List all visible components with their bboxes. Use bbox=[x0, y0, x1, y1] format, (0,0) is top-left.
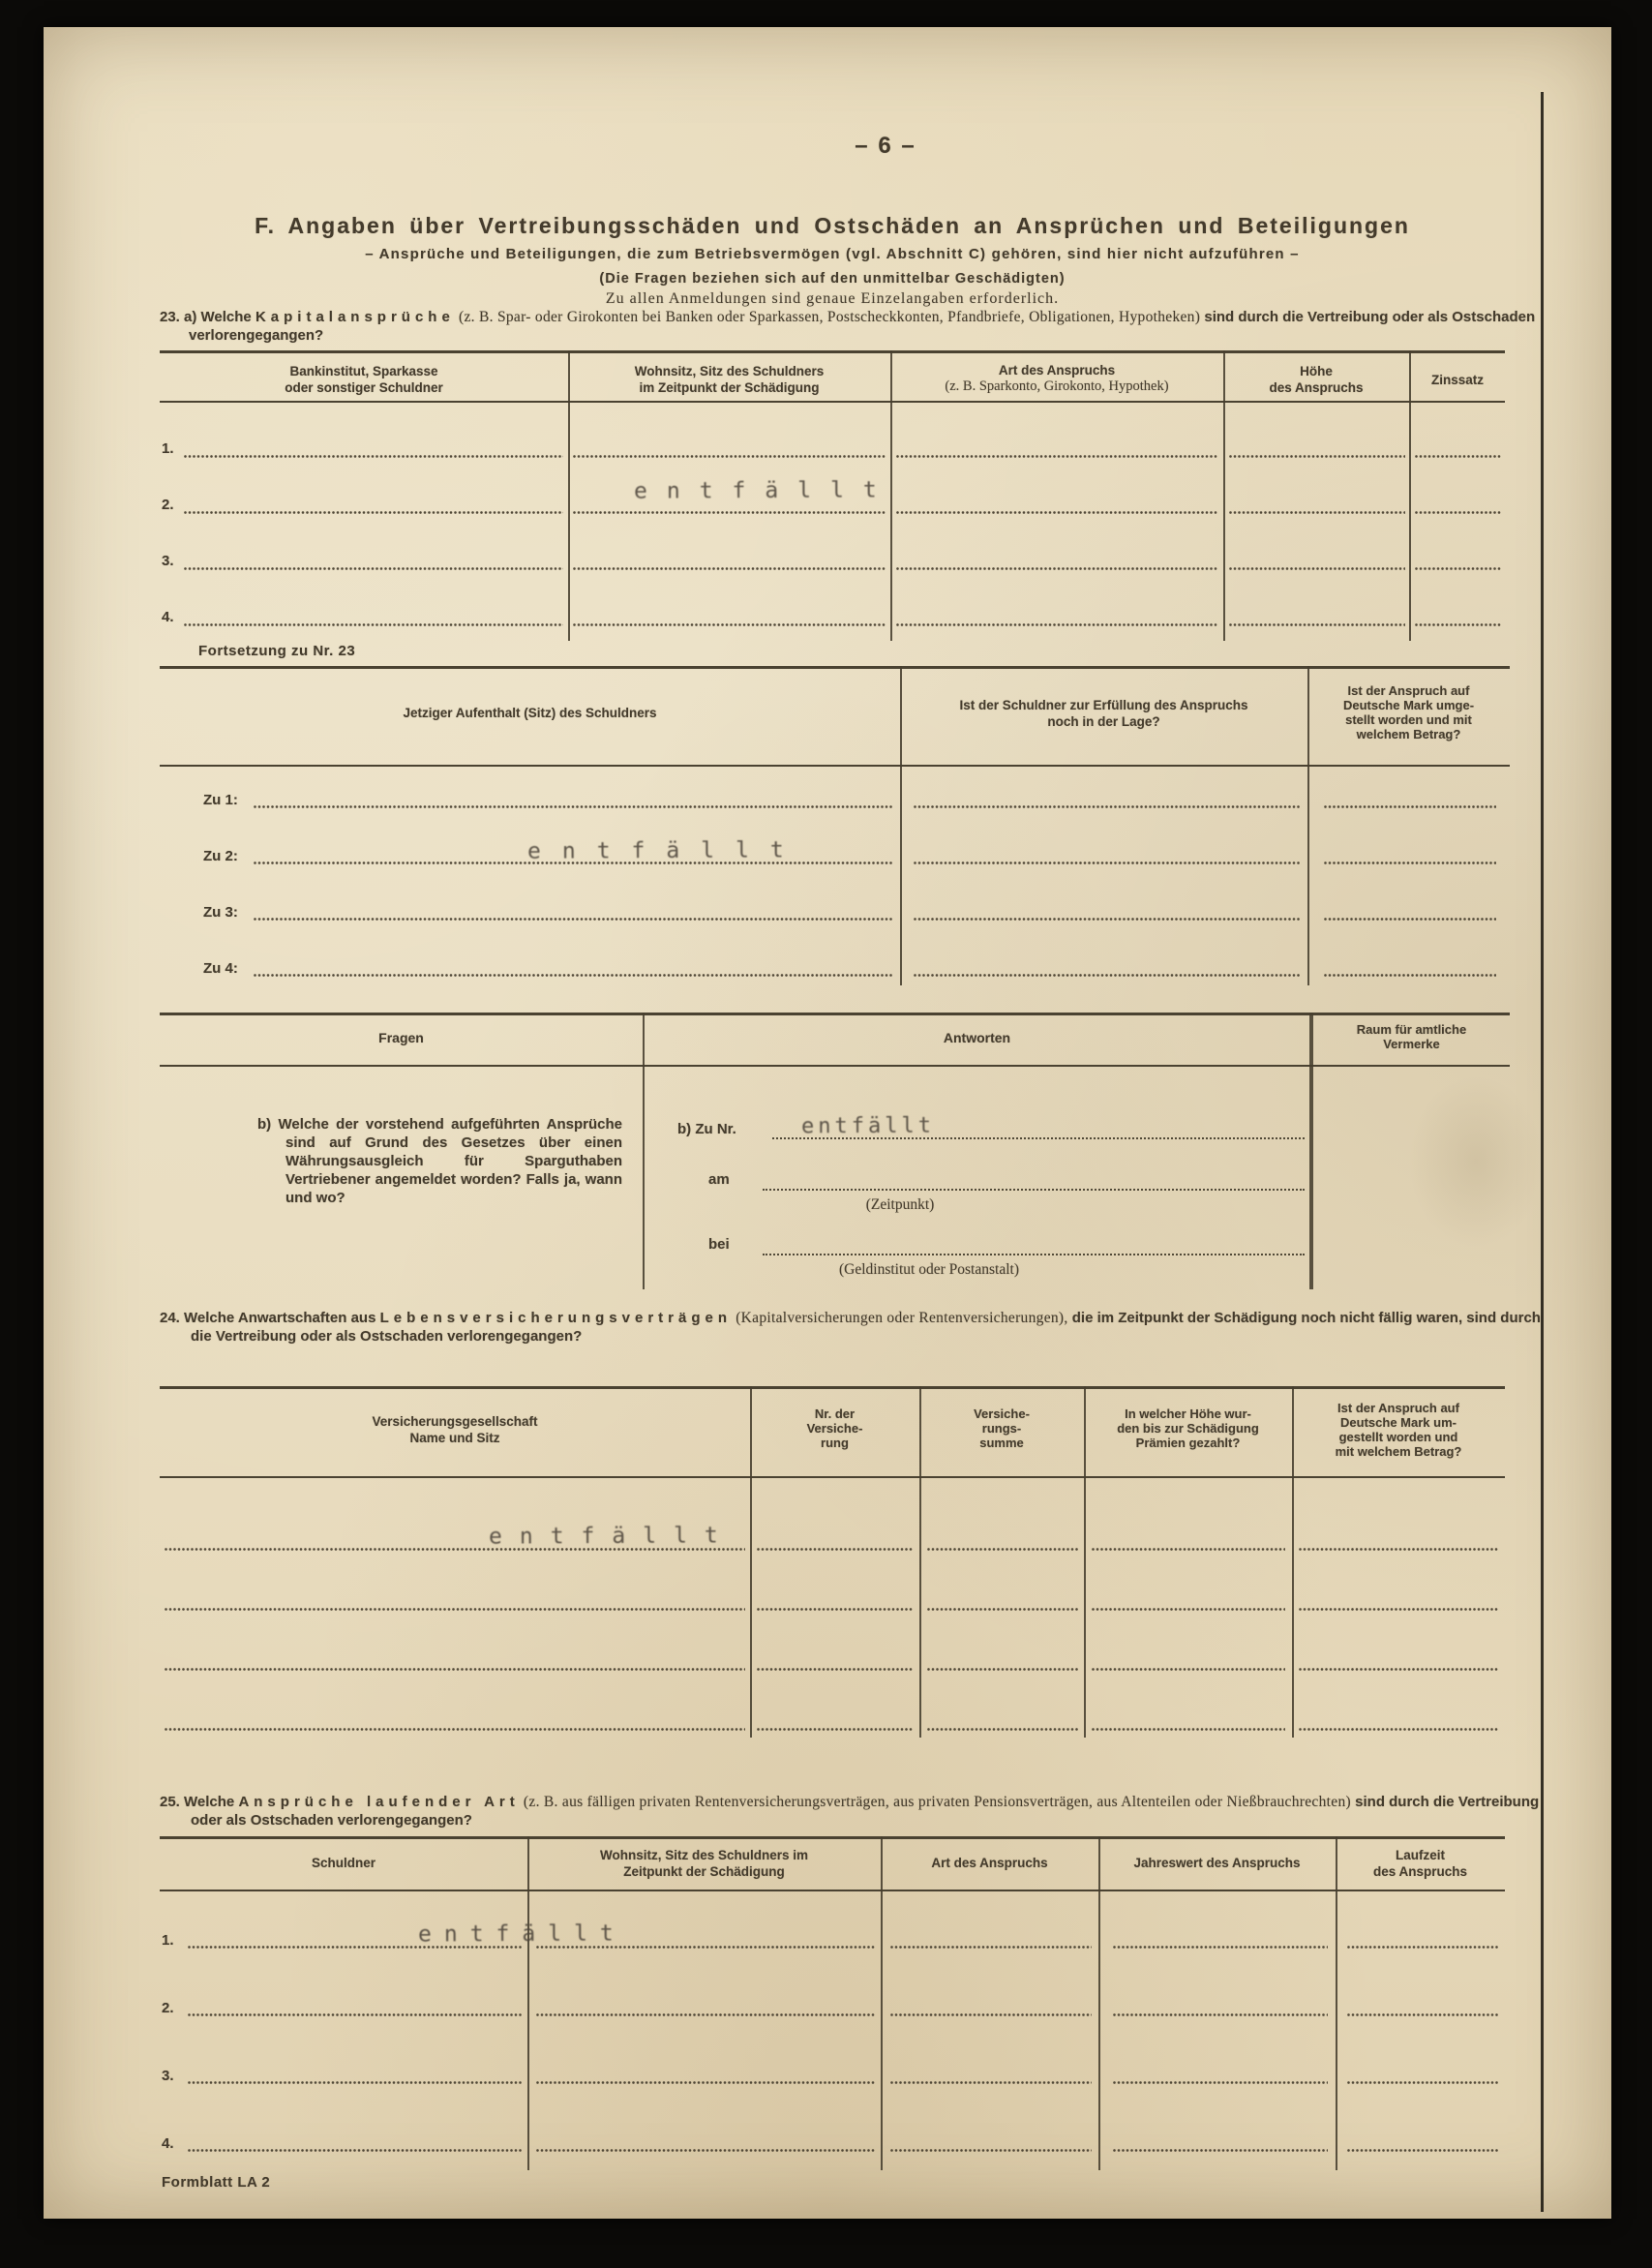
question-23b: b) Welche der vorstehend aufgeführten An… bbox=[257, 1115, 622, 1207]
q24-serif-part: (Kapitalversicherungen oder Rentenversic… bbox=[732, 1310, 1072, 1326]
table3-divider bbox=[1309, 1013, 1313, 1289]
table5-top-rule bbox=[160, 1836, 1505, 1839]
table5-col5-write-lines bbox=[1347, 1946, 1498, 2155]
note-direct-damaged: (Die Fragen beziehen sich auf den unmitt… bbox=[145, 271, 1519, 287]
q23-serif-part: (z. B. Spar- oder Girokonten bei Banken … bbox=[455, 309, 1205, 325]
table5-col5-header: Laufzeit des Anspruchs bbox=[1336, 1847, 1505, 1880]
table3-col2-header: Antworten bbox=[643, 1030, 1311, 1046]
table5-col1-write-lines bbox=[188, 1946, 523, 2155]
question-23a: 23. a) Welche Kapitalansprüche (z. B. Sp… bbox=[160, 308, 1536, 345]
q23-spaced-term: Kapitalansprüche bbox=[255, 309, 455, 325]
table1-col4-header: Höhe des Anspruchs bbox=[1223, 363, 1409, 396]
answer-b-label: b) Zu Nr. bbox=[677, 1121, 736, 1137]
table1-row-label: 2. bbox=[162, 497, 174, 513]
answer-am-caption: (Zeitpunkt) bbox=[765, 1196, 1036, 1214]
typed-entfaellt-stamp: entfällt bbox=[527, 837, 805, 864]
section-title: F. Angaben über Vertreibungsschäden und … bbox=[145, 213, 1519, 239]
table1-col3-title: Art des Anspruchs bbox=[890, 362, 1223, 378]
typed-entfaellt-stamp: entfällt bbox=[634, 477, 896, 503]
table5-divider bbox=[1336, 1836, 1337, 2170]
q25-prefix: 25. Welche bbox=[160, 1794, 238, 1810]
table5-divider bbox=[881, 1836, 883, 2170]
question-24: 24. Welche Anwartschaften aus Lebensvers… bbox=[160, 1309, 1546, 1346]
table4-col2-write-lines bbox=[757, 1548, 914, 1734]
q25-spaced-term: Ansprüche laufender Art bbox=[238, 1794, 519, 1810]
typed-entfaellt-stamp: entfällt bbox=[489, 1523, 736, 1549]
table2-col3-write-lines bbox=[1324, 805, 1496, 980]
table2-col1-write-lines bbox=[254, 805, 892, 980]
table5-header-rule bbox=[160, 1890, 1505, 1891]
table2-row-label: Zu 4: bbox=[203, 960, 238, 977]
table2-col1-header: Jetziger Aufenthalt (Sitz) des Schuldner… bbox=[160, 705, 900, 721]
table5-col2-header: Wohnsitz, Sitz des Schuldners im Zeitpun… bbox=[527, 1847, 881, 1880]
table1-col5-header: Zinssatz bbox=[1409, 372, 1506, 388]
table4-col4-write-lines bbox=[1092, 1548, 1285, 1734]
answer-bei-label: bei bbox=[708, 1236, 730, 1253]
table3-header-rule bbox=[160, 1065, 1510, 1067]
scan-background: { "colors": { "background": "#0b0a08", "… bbox=[0, 0, 1652, 2268]
table5-col1-header: Schuldner bbox=[160, 1855, 527, 1871]
table5-col2-write-lines bbox=[536, 1946, 875, 2155]
table5-divider bbox=[527, 1836, 529, 2170]
fortsetzung-label: Fortsetzung zu Nr. 23 bbox=[198, 643, 355, 659]
table4-col2-header: Nr. der Versiche- rung bbox=[750, 1406, 919, 1450]
table2-row-label: Zu 1: bbox=[203, 792, 238, 808]
form-id-footer: Formblatt LA 2 bbox=[162, 2174, 270, 2191]
table3-col3-header: Raum für amtliche Vermerke bbox=[1313, 1022, 1510, 1051]
table4-header-rule bbox=[160, 1476, 1505, 1478]
table5-col3-write-lines bbox=[890, 1946, 1092, 2155]
q23-prefix: 23. a) Welche bbox=[160, 309, 255, 325]
q25-serif-part: (z. B. aus fälligen privaten Rentenversi… bbox=[520, 1794, 1355, 1810]
table1-col1-write-lines bbox=[184, 455, 563, 629]
table1-col2-header: Wohnsitz, Sitz des Schuldners im Zeitpun… bbox=[568, 363, 890, 396]
table1-col1-header: Bankinstitut, Sparkasse oder sonstiger S… bbox=[160, 363, 568, 396]
section-subtitle: – Ansprüche und Beteiligungen, die zum B… bbox=[145, 246, 1519, 262]
table4-col1-header: Versicherungsgesellschaft Name und Sitz bbox=[160, 1413, 750, 1446]
note-details-required: Zu allen Anmeldungen sind genaue Einzela… bbox=[145, 290, 1519, 308]
table5-col3-header: Art des Anspruchs bbox=[881, 1855, 1098, 1871]
table4-col4-header: In welcher Höhe wur- den bis zur Schädig… bbox=[1084, 1406, 1292, 1450]
answer-bei-line bbox=[763, 1239, 1305, 1255]
table1-col3-header: Art des Anspruchs (z. B. Sparkonto, Giro… bbox=[890, 362, 1223, 395]
table5-col4-write-lines bbox=[1113, 1946, 1328, 2155]
typed-entfaellt-stamp: entfällt bbox=[801, 1114, 935, 1139]
table2-row-label: Zu 3: bbox=[203, 904, 238, 921]
table5-divider bbox=[1098, 1836, 1100, 2170]
table2-col2-header: Ist der Schuldner zur Erfüllung des Ansp… bbox=[900, 697, 1307, 730]
table1-col4-write-lines bbox=[1229, 455, 1405, 629]
q24-prefix: 24. Welche Anwartschaften aus bbox=[160, 1310, 380, 1326]
table1-row-label: 4. bbox=[162, 609, 174, 625]
q24-spaced-term: Lebensversicherungsverträgen bbox=[380, 1310, 732, 1326]
table5-row-label: 1. bbox=[162, 1932, 174, 1949]
table1-top-rule bbox=[160, 350, 1505, 353]
table3-divider bbox=[643, 1013, 645, 1289]
table5-row-label: 2. bbox=[162, 2000, 174, 2016]
table1-col5-write-lines bbox=[1415, 455, 1502, 629]
answer-bei-caption: (Geldinstitut oder Postanstalt) bbox=[765, 1261, 1094, 1279]
table5-row-label: 3. bbox=[162, 2068, 174, 2084]
table1-col3-sub: (z. B. Sparkonto, Girokonto, Hypothek) bbox=[890, 378, 1223, 395]
answer-am-line bbox=[763, 1174, 1305, 1191]
page-number: – 6 – bbox=[818, 133, 953, 160]
table4-col5-header: Ist der Anspruch auf Deutsche Mark um- g… bbox=[1292, 1401, 1505, 1459]
table1-divider bbox=[1409, 350, 1411, 641]
table2-col3-header: Ist der Anspruch auf Deutsche Mark umge-… bbox=[1307, 683, 1510, 741]
table4-top-rule bbox=[160, 1386, 1505, 1389]
table1-col3-write-lines bbox=[896, 455, 1218, 629]
table5-col4-header: Jahreswert des Anspruchs bbox=[1098, 1855, 1336, 1871]
table2-col2-write-lines bbox=[914, 805, 1301, 980]
typed-entfaellt-stamp: entfällt bbox=[418, 1920, 626, 1947]
table1-row-label: 3. bbox=[162, 553, 174, 569]
table3-col1-header: Fragen bbox=[160, 1030, 643, 1046]
table1-row-label: 1. bbox=[162, 440, 174, 457]
table1-header-rule bbox=[160, 401, 1505, 403]
table5-row-label: 4. bbox=[162, 2135, 174, 2152]
paper-stain bbox=[1408, 1074, 1544, 1249]
table4-col3-header: Versiche- rungs- summe bbox=[919, 1406, 1084, 1450]
answer-am-label: am bbox=[708, 1171, 730, 1188]
table4-col1-write-lines bbox=[165, 1548, 745, 1734]
question-25: 25. Welche Ansprüche laufender Art (z. B… bbox=[160, 1793, 1546, 1830]
table2-row-label: Zu 2: bbox=[203, 848, 238, 864]
table4-col3-write-lines bbox=[927, 1548, 1078, 1734]
table4-col5-write-lines bbox=[1299, 1548, 1498, 1734]
table3-top-rule bbox=[160, 1013, 1510, 1015]
